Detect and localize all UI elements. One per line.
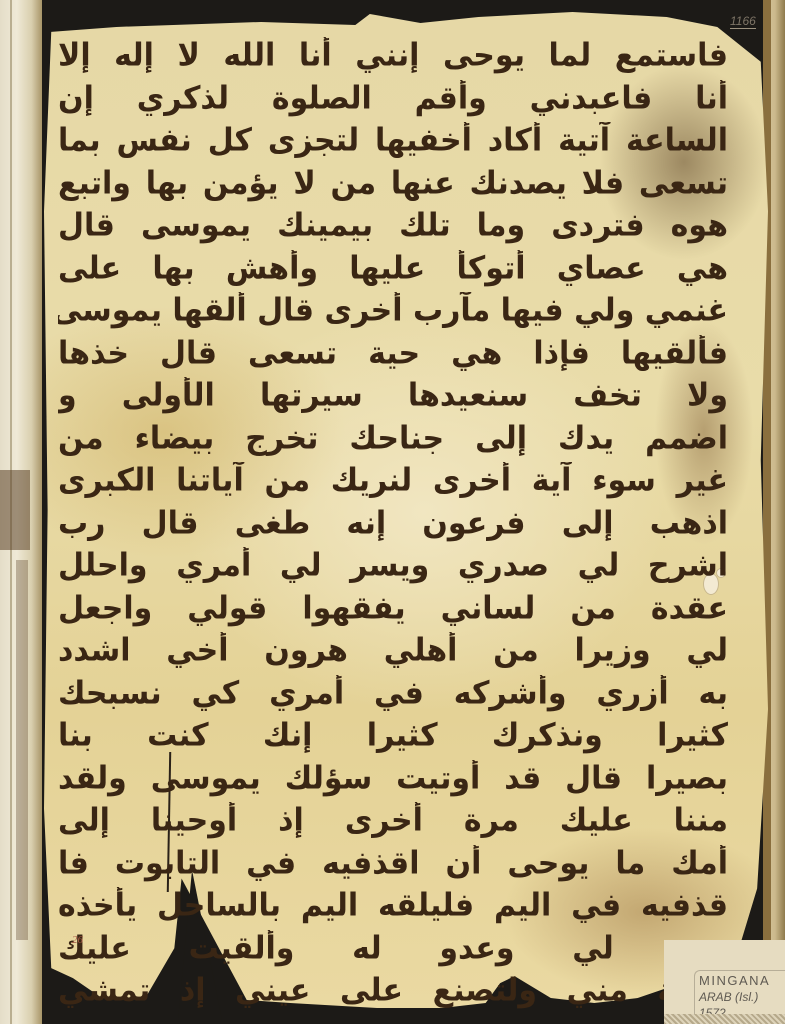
- text-line: غير سوء آية أخرى لنريك من آياتنا الكبرى: [58, 462, 728, 507]
- binding-stain: [16, 560, 28, 940]
- binding-stain: [0, 470, 30, 550]
- text-line: أنا فاعبدني وأقم الصلوة لذكري إن: [58, 79, 728, 124]
- pencil-page-number: 26: [72, 934, 83, 946]
- text-line: فألقيها فإذا هي حية تسعى قال خذها: [58, 334, 728, 379]
- text-line: هي عصاي أتوكأ عليها وأهش بها على: [58, 249, 728, 294]
- text-line: عقدة من لساني يفقهوا قولي واجعل: [58, 589, 728, 634]
- text-line: كثيرا ونذكرك كثيرا إنك كنت بنا: [58, 717, 728, 762]
- text-line: محبة مني ولتصنع على عيني إذ تمشي: [58, 972, 728, 1017]
- text-line: اشرح لي صدري ويسر لي أمري واحلل: [58, 547, 728, 592]
- text-line: غنمي ولي فيها مآرب أخرى قال ألقها يموسى: [58, 292, 728, 337]
- text-line: ولا تخف سنعيدها سيرتها الأولى و: [58, 377, 728, 422]
- text-line: مننا عليك مرة أخرى إذ أوحينا إلى: [58, 802, 728, 847]
- text-line: فاستمع لما يوحى إنني أنا الله لا إله إلا: [58, 37, 728, 82]
- text-line: أمك ما يوحى أن اقذفيه في التابوت فا: [58, 844, 728, 889]
- text-line: تسعى فلا يصدنك عنها من لا يؤمن بها واتبع: [58, 164, 728, 209]
- text-line: اذهب إلى فرعون إنه طغى قال رب: [58, 504, 728, 549]
- text-line: عدو لي وعدو له وألقيت عليك: [58, 929, 728, 974]
- text-line: بصيرا قال قد أوتيت سؤلك يموسى ولقد: [58, 759, 728, 804]
- text-line: اضمم يدك إلى جناحك تخرج بيضاء من: [58, 419, 728, 464]
- card-edge-hatching: [664, 1014, 785, 1024]
- shelfmark-card: MINGANA ARAB (Isl.) 1572: [664, 940, 785, 1024]
- text-line: هوه فتردى وما تلك بيمينك يموسى قال: [58, 207, 728, 252]
- right-mount-strip: [763, 0, 785, 1024]
- shelfmark-collection: MINGANA: [699, 973, 785, 989]
- text-line: لي وزيرا من أهلي هرون أخي اشدد: [58, 632, 728, 677]
- folio-number: 1166: [730, 14, 756, 29]
- left-binding-strip: [0, 0, 42, 1024]
- text-line: قذفيه في اليم فليلقه اليم بالساحل يأخذه: [58, 887, 728, 932]
- text-line: الساعة آتية أكاد أخفيها لتجزى كل نفس بما: [58, 122, 728, 167]
- text-line: به أزري وأشركه في أمري كي نسبحك: [58, 674, 728, 719]
- manuscript-text: فاستمع لما يوحى إنني أنا الله لا إله إلا…: [58, 38, 728, 1016]
